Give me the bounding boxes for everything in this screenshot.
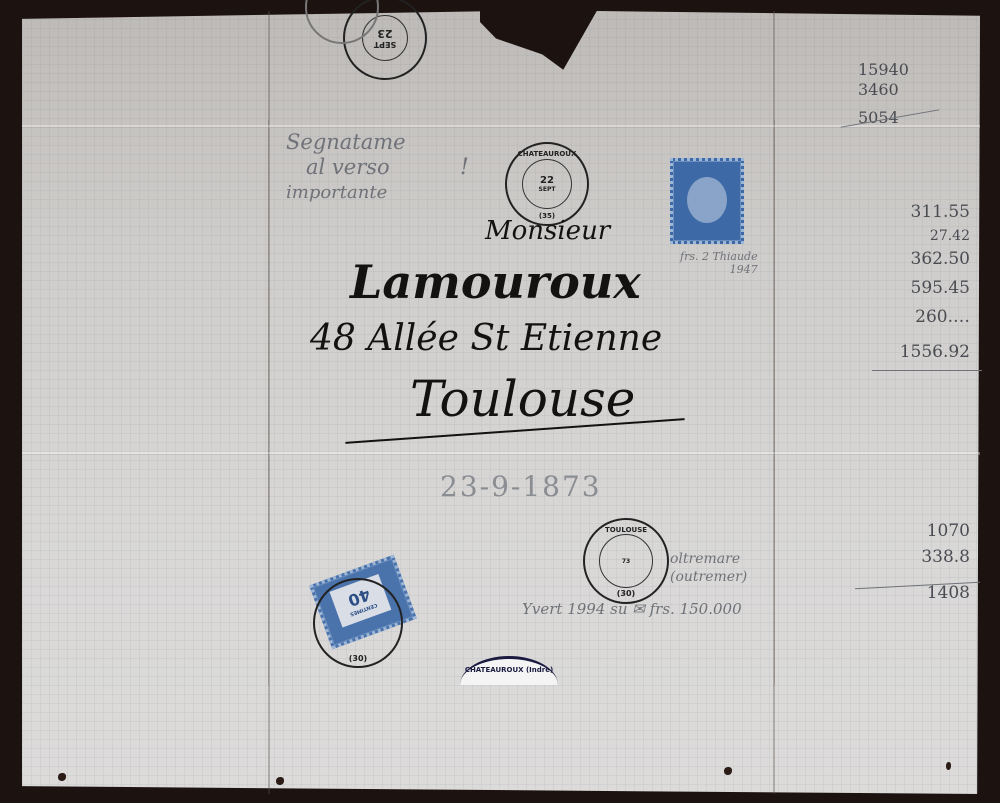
sum-block-3: 1070 338.8 1408 xyxy=(895,518,970,606)
postage-due-postmark: (30) xyxy=(313,578,403,668)
sum-line-2 xyxy=(872,370,982,371)
punch-hole xyxy=(58,773,66,781)
valuation-note: Yvert 1994 su ✉ frs. 150.000 xyxy=(522,600,742,618)
catalogue-note: frs. 2 Thiaude 1947 xyxy=(680,250,758,276)
ceres-head-icon xyxy=(687,177,727,223)
origin-postmark: CHATEAUROUX 22 SEPT (35) xyxy=(505,142,589,226)
ceres-stamp xyxy=(670,158,744,244)
pencil-date: 23-9-1873 xyxy=(440,470,602,503)
punch-hole xyxy=(276,777,284,785)
sum-block-1: 15940 3460 5054 xyxy=(858,60,909,128)
arrival-postmark: TOULOUSE 73 (30) xyxy=(583,518,669,604)
address-salutation: Monsieur xyxy=(485,216,610,246)
punch-hole xyxy=(946,762,951,770)
italian-note: Segnatame al verso importante xyxy=(286,130,406,205)
punch-hole xyxy=(724,767,732,775)
address-name: Lamouroux xyxy=(350,255,641,309)
address-street: 48 Allée St Etienne xyxy=(310,318,662,359)
address-city: Toulouse xyxy=(410,370,635,428)
sum-block-2: 311.55 27.42 362.50 595.45 260.… 1556.92 xyxy=(895,198,970,367)
exclaim-mark: ! xyxy=(460,155,469,180)
colour-note: oltremare (outremer) xyxy=(670,550,747,586)
